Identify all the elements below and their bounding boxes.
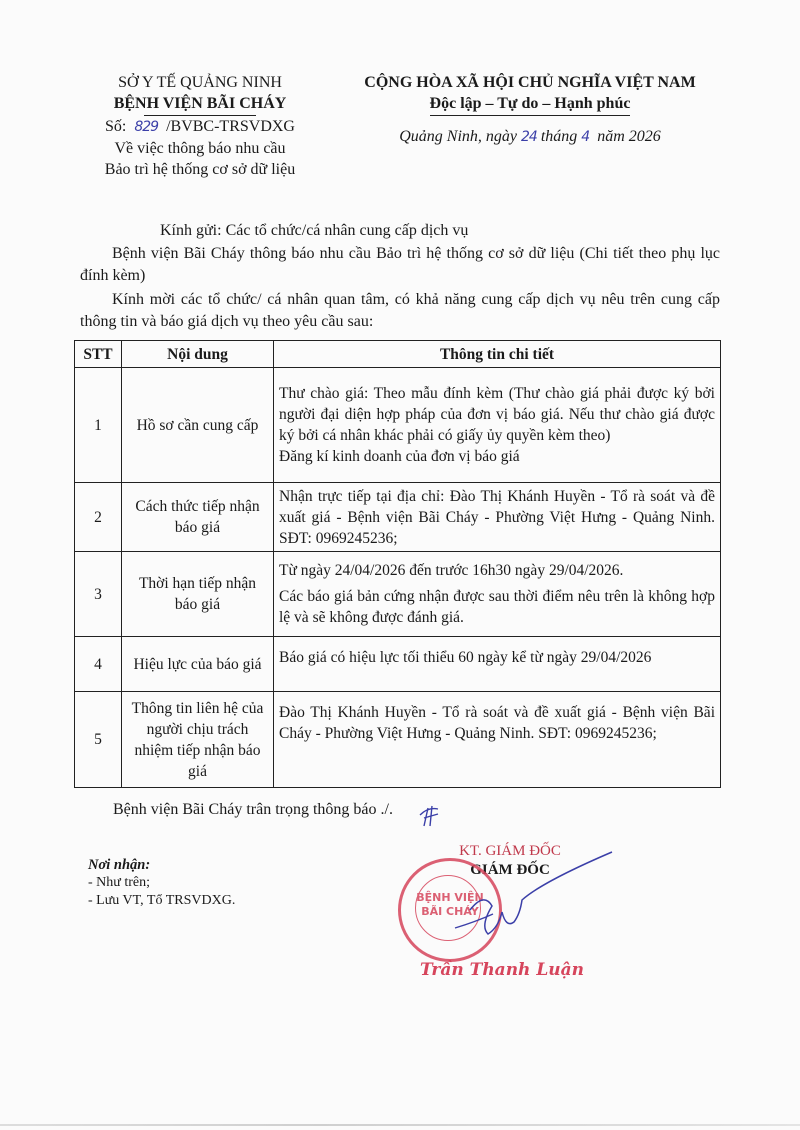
signer-name: Trần Thanh Luận [420,960,584,980]
handwritten-signature-icon [0,0,800,1130]
scan-edge-divider [0,1124,800,1126]
